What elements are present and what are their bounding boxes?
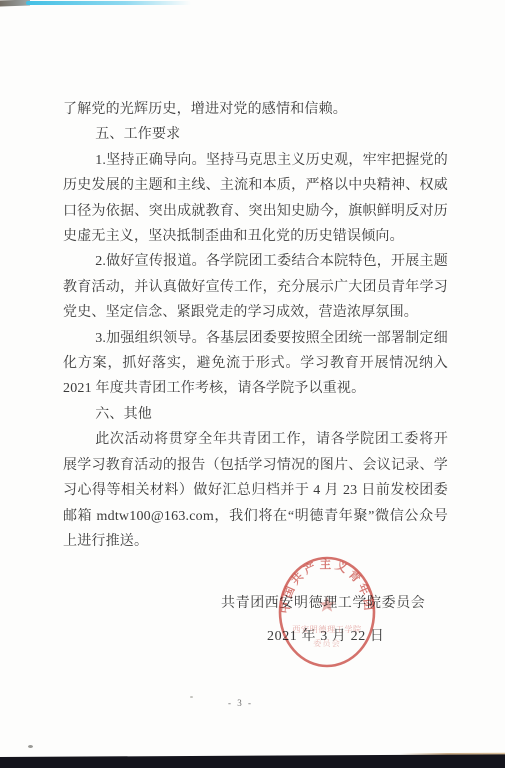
document-body: 了解党的光辉历史，增进对党的感情和信赖。 五、工作要求 1.坚持正确导向。坚持马… <box>63 97 448 554</box>
scan-edge-artifact-bottom-band <box>0 754 505 768</box>
section-heading-other: 六、其他 <box>63 402 448 427</box>
seal-ring-circle <box>280 558 374 666</box>
issuing-committee-signature: 共青团西安明德理工学院委员会 <box>221 592 425 612</box>
body-paragraph-other: 此次活动将贯穿全年共青团工作，请各学院团工委将开展学习教育活动的报告（包括学习情… <box>63 427 448 554</box>
page-number: - 3 - <box>228 698 253 708</box>
official-seal: 中国共产主义青年团 西安明德理工学院 委员会 <box>277 556 377 670</box>
body-paragraph-item3: 3.加强组织领导。各基层团委要按照全团统一部署制定细化方案，抓好落实，避免流于形… <box>63 326 448 402</box>
scan-speck <box>28 745 33 748</box>
body-paragraph-continuation: 了解党的光辉历史，增进对党的感情和信赖。 <box>63 97 448 122</box>
scanned-document-page: { "doc": { "paragraphs": [ { "text": "了解… <box>0 0 505 768</box>
scan-speck <box>190 696 193 698</box>
body-paragraph-item2: 2.做好宣传报道。各学院团工委结合本院特色，开展主题教育活动，并认真做好宣传工作… <box>63 249 448 325</box>
scan-edge-artifact-top-cyan <box>26 1 191 5</box>
body-paragraph-item1: 1.坚持正确导向。坚持马克思主义历史观，牢牢把握党的历史发展的主题和主线、主流和… <box>63 148 448 250</box>
document-date: 2021 年 3 月 22 日 <box>267 625 385 645</box>
section-heading-work-requirements: 五、工作要求 <box>63 122 448 147</box>
